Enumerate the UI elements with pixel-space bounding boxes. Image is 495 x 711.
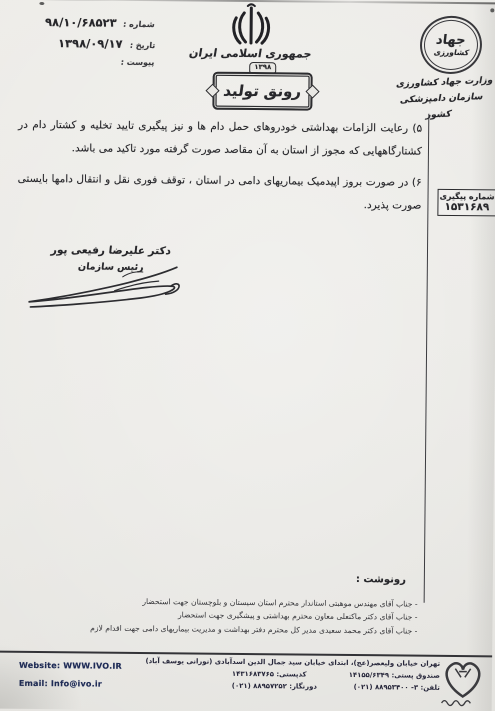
scanned-letter-page: شماره : ۹۸/۱۰/۶۸۵۲۳ تاریخ : ۱۳۹۸/۰۹/۱۷ پ…	[0, 0, 495, 711]
number-value: ۹۸/۱۰/۶۸۵۲۳	[45, 15, 117, 30]
handwritten-signature	[18, 250, 191, 316]
stamp-ornament-left	[205, 84, 219, 98]
cc-item: - جناب آقای دکتر محمد سعیدی مدیر کل محتر…	[67, 621, 417, 638]
footer-website: Website: WWW.IVO.IR	[19, 661, 122, 671]
body-clause-5: ۵) رعایت الزامات بهداشتی خودروهای حمل دا…	[18, 114, 422, 163]
number-label: شماره :	[123, 20, 156, 29]
footer-postal-code: کدپستی: ۱۴۳۱۶۸۳۷۶۵	[232, 671, 307, 679]
jahad-keshavarzi-logo: جهاد کشاورزی	[420, 16, 483, 75]
stamp-year: ۱۳۹۸	[249, 62, 276, 73]
tracking-value: ۱۵۳۱۶۸۹	[439, 201, 494, 214]
footer-divider	[0, 651, 492, 657]
footer-address: تهران خیابان ولیعصر(عج)، ابتدای خیابان س…	[232, 659, 440, 668]
tracking-number-box: شماره پیگیری ۱۵۳۱۶۸۹	[437, 189, 495, 217]
iran-emblem-icon	[224, 1, 278, 52]
cc-label: رونوشت :	[356, 574, 406, 585]
attachment-label: پیوست :	[121, 58, 156, 67]
letter-number-row: شماره : ۹۸/۱۰/۶۸۵۲۳	[3, 15, 161, 31]
footer-po-box: صندوق پستی: ۱۴۱۵۵/۶۳۴۹	[349, 672, 440, 680]
cc-list: - جناب آقای مهندس موهبتی استاندار محترم …	[67, 594, 417, 637]
stamp-ornament-right	[305, 85, 319, 99]
body-clause-6: ۶) در صورت بروز اپیدمیک بیماریهای دامی د…	[17, 168, 421, 217]
logo-text-jahad: جهاد	[436, 33, 467, 46]
logo-text-keshavarzi: کشاورزی	[433, 47, 470, 56]
scan-artifact	[490, 8, 494, 12]
stamp-slogan-text: رونق تولید	[222, 82, 302, 101]
margin-rule	[424, 114, 430, 603]
slogan-stamp: ۱۳۹۸ رونق تولید	[212, 72, 312, 111]
heart-logo-icon	[440, 658, 486, 708]
footer-fax: دورنگار: ۸۸۹۵۷۲۵۲ (۰۲۱)	[232, 683, 317, 691]
footer-phone: تلفن: ۳- ۸۸۹۵۳۴۰۰ (۰۲۱)	[354, 684, 440, 692]
footer-address-block: تهران خیابان ولیعصر(عج)، ابتدای خیابان س…	[232, 659, 440, 697]
letter-sheet: شماره : ۹۸/۱۰/۶۸۵۲۳ تاریخ : ۱۳۹۸/۰۹/۱۷ پ…	[0, 0, 495, 711]
scan-artifact	[39, 2, 44, 5]
footer-email: Email: Info@ivo.ir	[19, 679, 102, 689]
